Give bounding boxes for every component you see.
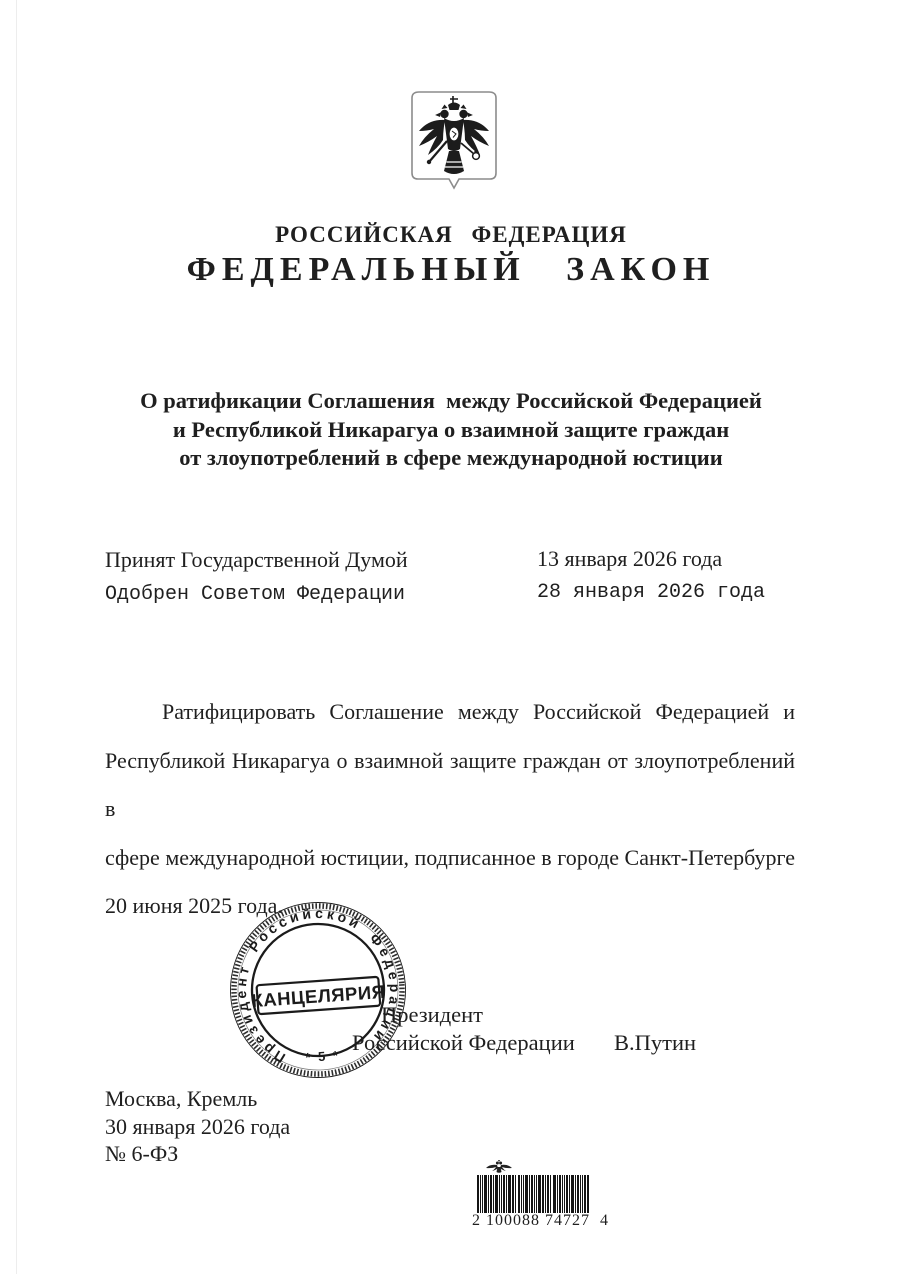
footer-place: Москва, Кремль xyxy=(105,1085,290,1113)
double-headed-eagle-icon xyxy=(419,96,489,174)
coat-of-arms-icon xyxy=(407,89,501,196)
footer-date: 30 января 2026 года xyxy=(105,1113,290,1141)
law-title-line: от злоупотреблений в сфере международной… xyxy=(0,444,902,473)
country-name: РОССИЙСКАЯ ФЕДЕРАЦИЯ xyxy=(0,222,902,248)
approved-by-council-date: 28 января 2026 года xyxy=(537,581,765,604)
body-line: сфере международной юстиции, подписанное… xyxy=(105,834,795,883)
body-line: Ратифицировать Соглашение между Российск… xyxy=(105,688,795,737)
law-title-line: и Республикой Никарагуа о взаимной защит… xyxy=(0,416,902,445)
ratification-paragraph: Ратифицировать Соглашение между Российск… xyxy=(105,688,795,931)
body-line: Республикой Никарагуа о взаимной защите … xyxy=(105,737,795,834)
passed-by-duma-label: Принят Государственной Думой xyxy=(105,547,408,572)
body-line: 20 июня 2025 года. xyxy=(105,882,795,931)
passed-by-duma-date: 13 января 2026 года xyxy=(537,546,722,571)
document-type-heading: ФЕДЕРАЛЬНЫЙ ЗАКОН xyxy=(0,251,902,289)
footer-block: Москва, Кремль 30 января 2026 года № 6-Ф… xyxy=(105,1085,290,1168)
law-title-line: О ратификации Соглашения между Российско… xyxy=(0,387,902,416)
law-title: О ратификации Соглашения между Российско… xyxy=(0,387,902,473)
barcode-digits: 2 100088 74727 4 xyxy=(472,1212,596,1230)
barcode-eagle-icon xyxy=(484,1159,514,1174)
law-document-page: РОССИЙСКАЯ ФЕДЕРАЦИЯ ФЕДЕРАЛЬНЫЙ ЗАКОН О… xyxy=(0,0,902,1274)
stamp-bottom-number: * 5 * xyxy=(305,1048,341,1065)
footer-number: № 6-ФЗ xyxy=(105,1140,290,1168)
barcode xyxy=(477,1175,589,1213)
approved-by-council-label: Одобрен Советом Федерации xyxy=(105,583,405,606)
scan-edge-artifact xyxy=(16,0,17,1274)
chancellery-stamp: Президент Российской Федерации КАНЦЕЛЯРИ… xyxy=(217,889,420,1092)
signature-name: В.Путин xyxy=(614,1030,696,1056)
